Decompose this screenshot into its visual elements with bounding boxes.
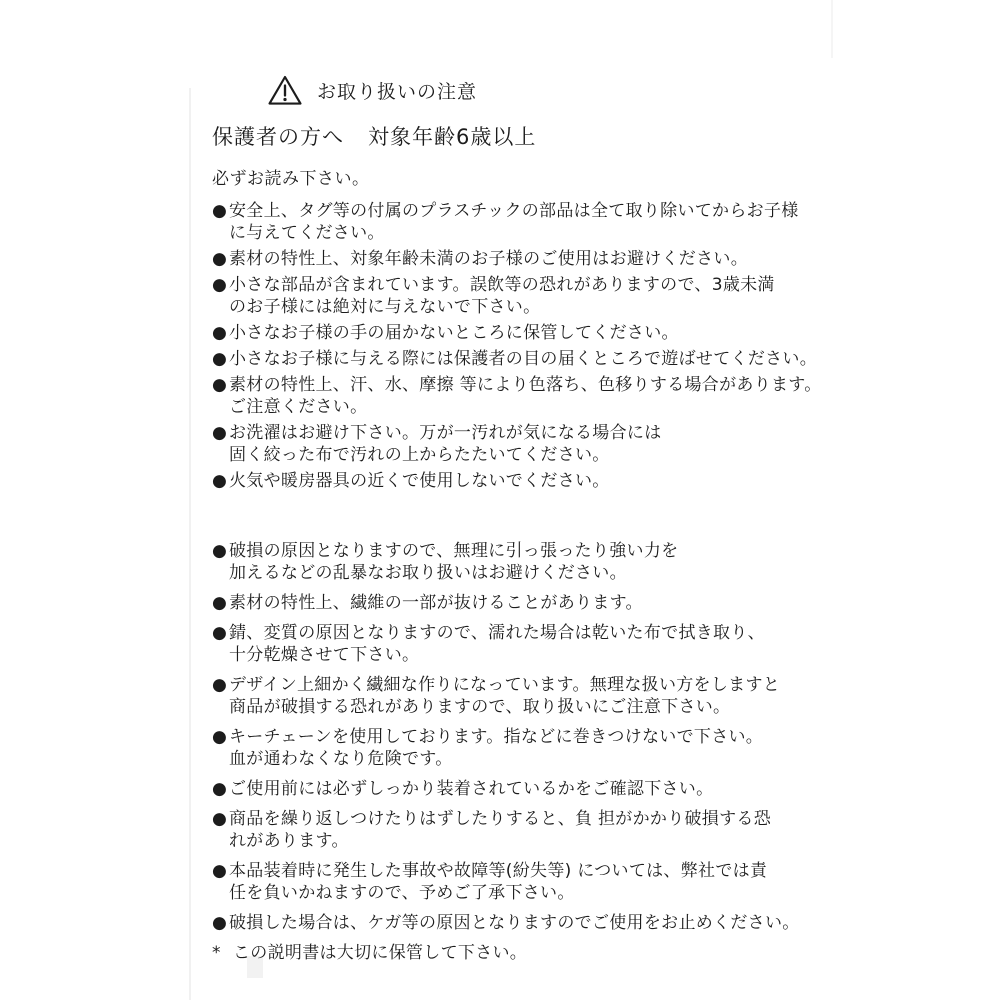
footnote: * この説明書は大切に保管して下さい。 [212,942,877,964]
precaution-section-2: ● 破損の原因となりますので、無理に引っ張ったり強い力を 加えるなどの乱暴なお取… [212,540,877,934]
bullet-icon: ● [212,808,229,852]
bullet-icon: ● [212,200,229,244]
notice-item: ● 小さなお子様に与える際には保護者の目の届くところで遊ばせてください。 [212,348,877,370]
bullet-icon: ● [212,622,229,666]
notice-item: ● 錆、変質の原因となりますので、濡れた場合は乾いた布で拭き取り、 十分乾燥させ… [212,622,877,666]
bullet-icon: ● [212,322,229,344]
notice-line: ご注意ください。 [229,396,822,418]
notice-item: ● お洗濯はお避け下さい。万が一汚れが気になる場合には 固く絞った布で汚れの上か… [212,422,877,466]
notice-line: 素材の特性上、汗、水、摩擦 等により色落ち、色移りする場合があります。 [229,374,822,396]
notice-item: ● 小さなお子様の手の届かないところに保管してください。 [212,322,877,344]
bullet-icon: ● [212,422,229,466]
notice-item: ● 破損した場合は、ケガ等の原因となりますのでご使用をお止めください。 [212,912,877,934]
notice-line: 固く絞った布で汚れの上からたたいてください。 [229,444,662,466]
audience-label: 保護者の方へ [212,121,344,151]
notice-item: ● 商品を繰り返しつけたりはずしたりすると、負 担がかかり破損する恐 れがありま… [212,808,877,852]
scan-artifact-left-line [189,88,191,1000]
notice-line: お洗濯はお避け下さい。万が一汚れが気になる場合には [229,422,662,444]
bullet-icon: ● [212,860,229,904]
notice-item: ● 素材の特性上、対象年齢未満のお子様のご使用はお避けください。 [212,248,877,270]
notice-line: 加えるなどの乱暴なお取り扱いはお避けください。 [229,562,678,584]
notice-item: ● 本品装着時に発生した事故や故障等(紛失等) については、弊社では責 任を負い… [212,860,877,904]
bullet-icon: ● [212,674,229,718]
footnote-text: この説明書は大切に保管して下さい。 [233,942,527,964]
notice-line: 本品装着時に発生した事故や故障等(紛失等) については、弊社では責 [229,860,767,882]
notice-item: ● 小さな部品が含まれています。誤飲等の恐れがありますので、3歳未満 のお子様に… [212,274,877,318]
audience-line: 保護者の方へ 対象年齢6歳以上 [212,121,877,151]
precaution-section-1: ● 安全上、タグ等の付属のプラスチックの部品は全て取り除いてからお子様 に与えて… [212,200,877,492]
bullet-icon: ● [212,726,229,770]
notice-line: 素材の特性上、繊維の一部が抜けることがあります。 [229,592,643,614]
notice-item: ● デザイン上細かく繊細な作りになっています。無理な扱い方をしますと 商品が破損… [212,674,877,718]
notice-item: ● ご使用前には必ずしっかり装着されているかをご確認下さい。 [212,778,877,800]
notice-line: 安全上、タグ等の付属のプラスチックの部品は全て取り除いてからお子様 [229,200,799,222]
notice-item: ● 素材の特性上、繊維の一部が抜けることがあります。 [212,592,877,614]
notice-item: ● キーチェーンを使用しております。指などに巻きつけないで下さい。 血が通わなく… [212,726,877,770]
notice-line: デザイン上細かく繊細な作りになっています。無理な扱い方をしますと [229,674,780,696]
notice-line: のお子様には絶対に与えないで下さい。 [229,296,775,318]
document-header: お取り扱いの注意 [267,74,877,107]
notice-line: 血が通わなくなり危険です。 [229,748,763,770]
notice-line: 商品が破損する恐れがありますので、取り扱いにご注意下さい。 [229,696,780,718]
notice-line: ご使用前には必ずしっかり装着されているかをご確認下さい。 [229,778,713,800]
notice-line: 破損の原因となりますので、無理に引っ張ったり強い力を [229,540,678,562]
notice-line: 火気や暖房器具の近くで使用しないでください。 [229,470,610,492]
target-age-label: 対象年齢6歳以上 [368,121,536,151]
read-note: 必ずお読み下さい。 [212,164,877,189]
notice-line: 商品を繰り返しつけたりはずしたりすると、負 担がかかり破損する恐 [229,808,771,830]
bullet-icon: ● [212,348,229,370]
notice-item: ● 素材の特性上、汗、水、摩擦 等により色落ち、色移りする場合があります。 ご注… [212,374,877,418]
notice-line: 錆、変質の原因となりますので、濡れた場合は乾いた布で拭き取り、 [229,622,765,644]
notice-item: ● 火気や暖房器具の近くで使用しないでください。 [212,470,877,492]
notice-item: ● 破損の原因となりますので、無理に引っ張ったり強い力を 加えるなどの乱暴なお取… [212,540,877,584]
notice-line: 小さなお子様の手の届かないところに保管してください。 [229,322,679,344]
notice-line: 素材の特性上、対象年齢未満のお子様のご使用はお避けください。 [229,248,748,270]
notice-line: れがあります。 [229,830,771,852]
bullet-icon: ● [212,470,229,492]
bullet-icon: ● [212,592,229,614]
page-title: お取り扱いの注意 [317,77,477,104]
notice-line: 十分乾燥させて下さい。 [229,644,765,666]
asterisk-marker: * [212,942,233,964]
bullet-icon: ● [212,374,229,418]
notice-line: に与えてください。 [229,222,799,244]
notice-line: 小さなお子様に与える際には保護者の目の届くところで遊ばせてください。 [229,348,817,370]
scan-artifact-top-right [831,0,833,58]
bullet-icon: ● [212,778,229,800]
notice-line: キーチェーンを使用しております。指などに巻きつけないで下さい。 [229,726,763,748]
bullet-icon: ● [212,248,229,270]
bullet-icon: ● [212,540,229,584]
bullet-icon: ● [212,912,229,934]
notice-line: 小さな部品が含まれています。誤飲等の恐れがありますので、3歳未満 [229,274,775,296]
instruction-sheet: お取り扱いの注意 保護者の方へ 対象年齢6歳以上 必ずお読み下さい。 ● 安全上… [212,74,877,964]
warning-triangle-icon [267,74,303,107]
notice-line: 破損した場合は、ケガ等の原因となりますのでご使用をお止めください。 [229,912,800,934]
bullet-icon: ● [212,274,229,318]
notice-item: ● 安全上、タグ等の付属のプラスチックの部品は全て取り除いてからお子様 に与えて… [212,200,877,244]
notice-line: 任を負いかねますので、予めご了承下さい。 [229,882,767,904]
